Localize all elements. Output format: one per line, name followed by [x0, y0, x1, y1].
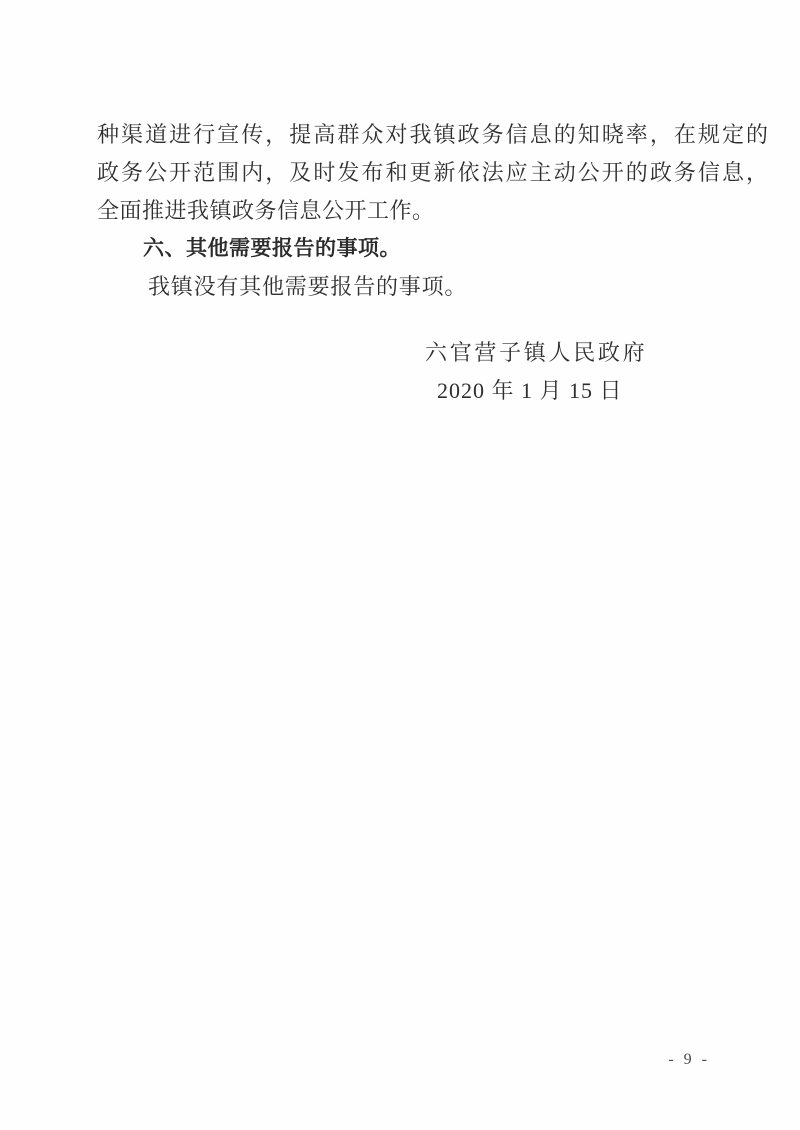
section-heading: 六、其他需要报告的事项。	[97, 230, 769, 268]
document-body: 种渠道进行宣传，提高群众对我镇政务信息的知晓率，在规定的 政务公开范围内，及时发…	[97, 116, 769, 410]
body-line: 种渠道进行宣传，提高群众对我镇政务信息的知晓率，在规定的	[97, 116, 769, 154]
signature-organization: 六官营子镇人民政府	[425, 334, 769, 372]
signature-date: 2020 年 1 月 15 日	[437, 372, 769, 410]
page-number: - 9 -	[668, 1048, 710, 1072]
signature-block: 六官营子镇人民政府 2020 年 1 月 15 日	[97, 334, 769, 410]
body-line: 政务公开范围内，及时发布和更新依法应主动公开的政务信息，	[97, 154, 769, 192]
body-paragraph: 我镇没有其他需要报告的事项。	[97, 268, 769, 306]
body-line: 全面推进我镇政务信息公开工作。	[97, 192, 769, 230]
document-page: 种渠道进行宣传，提高群众对我镇政务信息的知晓率，在规定的 政务公开范围内，及时发…	[0, 0, 800, 1130]
